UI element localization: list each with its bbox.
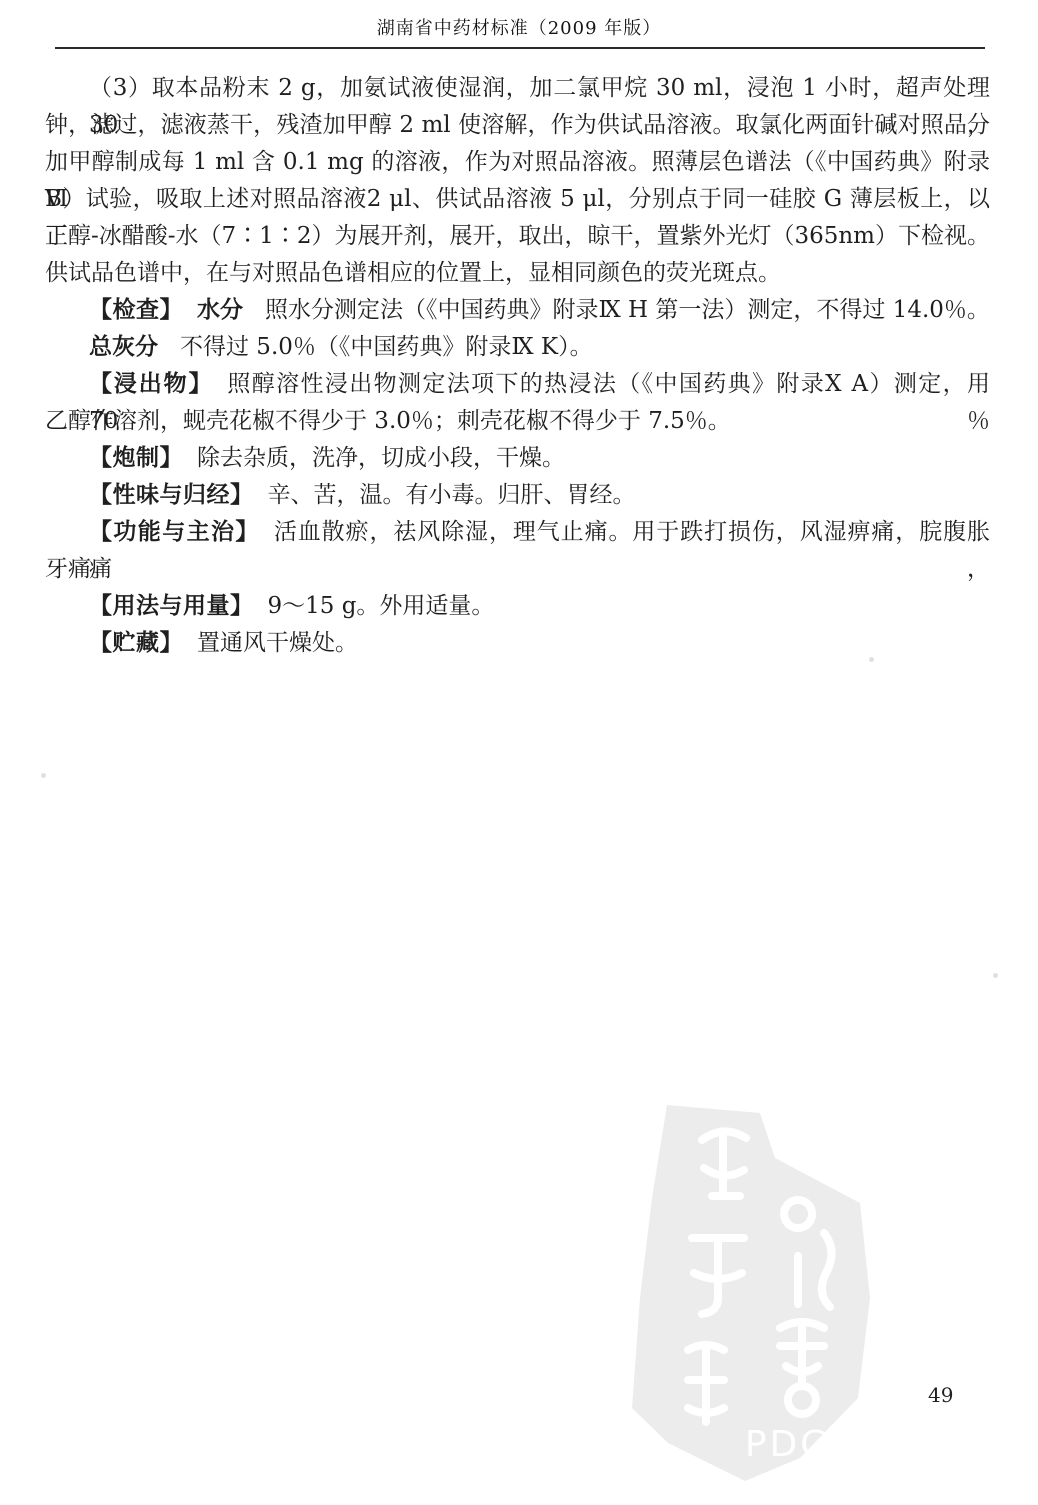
paragraph-line: 供试品色谱中，在与对照品色谱相应的位置上，显相同颜色的荧光斑点。 <box>45 255 990 292</box>
running-header-title: 湖南省中药材标准（2009 年版） <box>0 14 1038 40</box>
section-zhucang: 【贮藏】置通风干燥处。 <box>45 625 990 662</box>
section-label: 【浸出物】 <box>89 371 213 397</box>
subsection-label: 总灰分 <box>89 334 158 360</box>
scan-speck <box>41 773 46 778</box>
section-label: 【性味与归经】 <box>89 482 254 508</box>
section-text: 照水分测定法（《中国药典》附录Ⅸ H 第一法）测定，不得过 14.0％。 <box>265 297 990 323</box>
document-page: 湖南省中药材标准（2009 年版） （3）取本品粉末 2 g，加氨试液使湿润，加… <box>0 0 1038 1505</box>
section-label: 【检查】 <box>89 297 183 323</box>
watermark-graphic: PDG <box>630 1088 875 1490</box>
section-paozhi: 【炮制】除去杂质，洗净，切成小段，干燥。 <box>45 440 990 477</box>
section-text: 置通风干燥处。 <box>197 630 358 656</box>
paragraph-line: 加甲醇制成每 1 ml 含 0.1 mg 的溶液，作为对照品溶液。照薄层色谱法（… <box>45 144 990 181</box>
paragraph-line: （3）取本品粉末 2 g，加氨试液使湿润，加二氯甲烷 30 ml，浸泡 1 小时… <box>45 70 990 107</box>
scan-speck <box>993 973 998 978</box>
paragraph-line: B）试验，吸取上述对照品溶液2 μl、供试品溶液 5 μl，分别点于同一硅胶 G… <box>45 181 990 218</box>
section-jinchuwu: 【浸出物】照醇溶性浸出物测定法项下的热浸法（《中国药典》附录Ⅹ A）测定，用 7… <box>45 366 990 403</box>
section-label: 【功能与主治】 <box>89 519 260 545</box>
section-text: 辛、苦，温。有小毒。归肝、胃经。 <box>268 482 636 508</box>
watermark: PDG <box>630 1088 875 1490</box>
section-yongfa: 【用法与用量】9～15 g。外用适量。 <box>45 588 990 625</box>
section-zonghuifen: 总灰分不得过 5.0％（《中国药典》附录Ⅸ K）。 <box>45 329 990 366</box>
section-gongneng: 【功能与主治】活血散瘀，祛风除湿，理气止痛。用于跌打损伤，风湿痹痛，脘腹胀痛， <box>45 514 990 551</box>
paragraph-line: 钟，滤过，滤液蒸干，残渣加甲醇 2 ml 使溶解，作为供试品溶液。取氯化两面针碱… <box>45 107 990 144</box>
scan-speck <box>869 657 874 662</box>
paragraph-line: 丁醇-冰醋酸-水（7∶1∶2）为展开剂，展开，取出，晾干，置紫外光灯（365nm… <box>45 218 990 255</box>
watermark-pdg-text: PDG <box>745 1424 831 1465</box>
section-label: 【用法与用量】 <box>89 593 254 619</box>
subsection-label: 水分 <box>197 297 243 323</box>
header-divider <box>55 47 985 49</box>
section-text: 除去杂质，洗净，切成小段，干燥。 <box>197 445 565 471</box>
section-text: 不得过 5.0％（《中国药典》附录Ⅸ K）。 <box>180 334 593 360</box>
section-label: 【炮制】 <box>89 445 183 471</box>
section-jiancha: 【检查】水分照水分测定法（《中国药典》附录Ⅸ H 第一法）测定，不得过 14.0… <box>45 292 990 329</box>
section-text: 9～15 g。外用适量。 <box>268 593 495 619</box>
page-number: 49 <box>928 1383 953 1407</box>
section-xingwei: 【性味与归经】辛、苦，温。有小毒。归肝、胃经。 <box>45 477 990 514</box>
document-body: （3）取本品粉末 2 g，加氨试液使湿润，加二氯甲烷 30 ml，浸泡 1 小时… <box>45 70 990 662</box>
section-label: 【贮藏】 <box>89 630 183 656</box>
